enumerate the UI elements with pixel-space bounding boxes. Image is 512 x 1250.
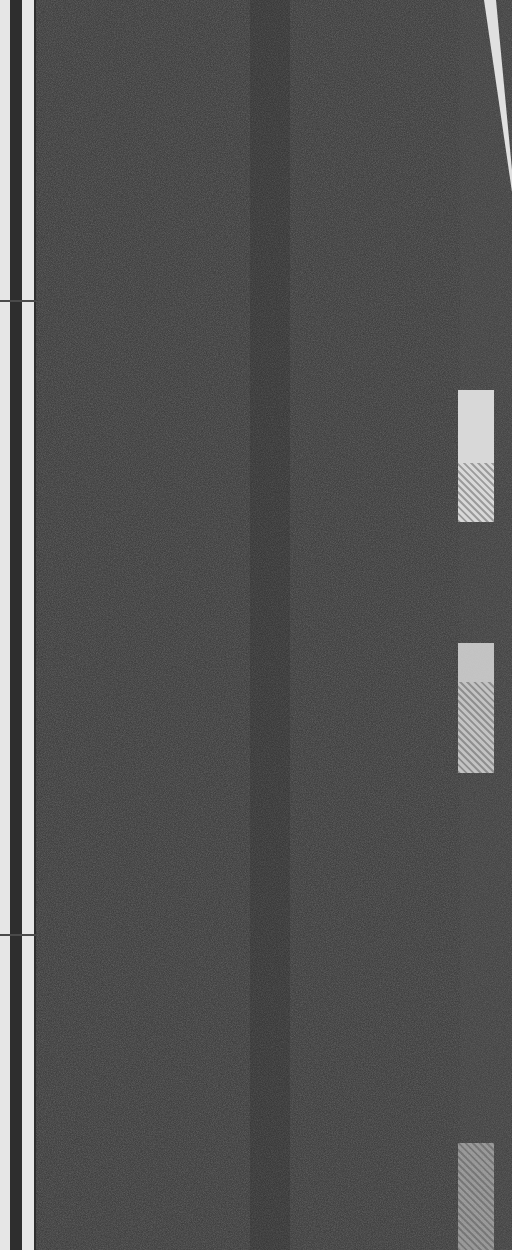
diagonal-lane-line <box>0 0 512 1250</box>
lane-dash <box>458 1143 494 1250</box>
lane-dash <box>458 390 494 522</box>
aerial-road-image <box>0 0 512 1250</box>
lane-dash <box>458 643 494 773</box>
